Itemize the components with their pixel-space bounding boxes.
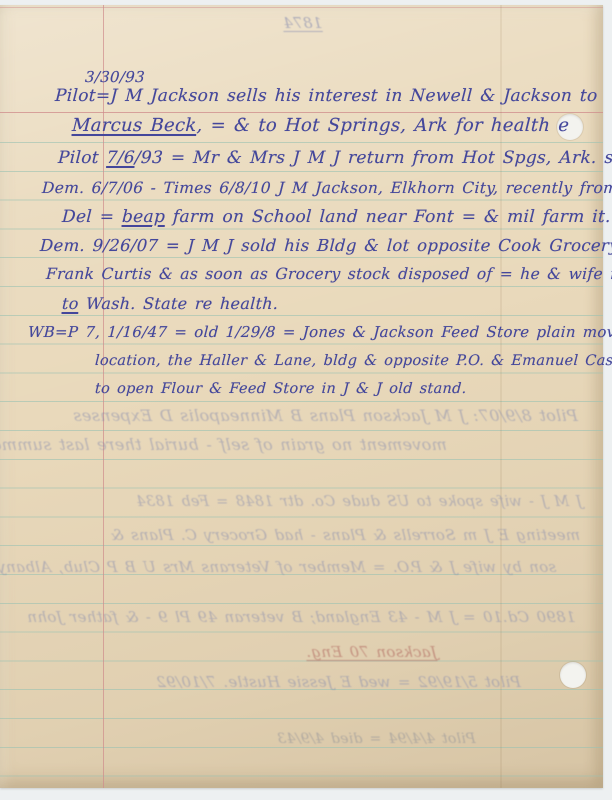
note-line: Dem. 9/26/07 = J M J sold his Bldg & lot… (39, 236, 612, 257)
note-line: to open Flour & Feed Store in J & J old … (95, 380, 468, 398)
bleedthrough-line-pencil: Pilot 4/4/94 = died 4/9/43 (277, 731, 476, 748)
underlined-name: Marcus Beck (71, 115, 197, 136)
bleedthrough-line: son by wife J & P.O. = Member of Veteran… (0, 558, 556, 576)
document-scan: 1874 3/30/93 Pilot=J M Jackson sells his… (0, 0, 612, 800)
date-annotation: 3/30/93 (85, 68, 146, 87)
bleedthrough-line: Pilot 8/9/07: J M Jackson Plans B Minnea… (73, 406, 579, 425)
note-line: Dem. 6/7/06 - Times 6/8/10 J M Jackson, … (41, 179, 612, 198)
paper: 1874 3/30/93 Pilot=J M Jackson sells his… (0, 5, 603, 788)
hole-punch-bottom (560, 662, 586, 688)
bleedthrough-line: meeting E J m Sorrells & Plans - had Gro… (110, 526, 581, 544)
bleedthrough-line-red: Jackson 70 Eng. (306, 643, 438, 661)
note-text: Pilot (58, 148, 108, 168)
note-line: WB=P 7, 1/16/47 = old 1/29/8 = Jones & J… (28, 323, 612, 342)
header-red-line (0, 112, 603, 113)
bleedthrough-line: 1890 Cd.10 = J M - 43 England; B veteran… (27, 608, 577, 626)
note-text: , = & to Hot Springs, Ark for health e (196, 115, 570, 136)
note-text: farm on School land near Font = & mil fa… (165, 207, 612, 227)
note-line: Marcus Beck, = & to Hot Springs, Ark for… (71, 115, 569, 138)
bleedthrough-page-year: 1874 (282, 14, 322, 32)
underlined-date: 7/6 (106, 148, 135, 168)
note-line: Pilot=J M Jackson sells his interest in … (54, 86, 598, 107)
underlined-word: to (62, 294, 80, 313)
top-edge-red-line (0, 7, 603, 8)
underlined-word: beap (121, 207, 165, 227)
bleedthrough-line: J M J - wife spoke to US dude Co. dtr 18… (135, 494, 582, 511)
bleedthrough-line: Pilot 5/19/92 = wed E Jessie Hustle. 7/1… (156, 673, 522, 691)
note-line: location, the Haller & Lane, bldg & oppo… (95, 352, 612, 370)
note-line: Del = beap farm on School land near Font… (61, 207, 611, 228)
note-line: Pilot 7/6/93 = Mr & Mrs J M J return fro… (57, 148, 612, 169)
note-text: Del = (62, 207, 123, 227)
note-line: Frank Curtis & as soon as Grocery stock … (45, 265, 612, 284)
note-text: Wash. State re health. (78, 294, 279, 313)
note-text: /93 = Mr & Mrs J M J return from Hot Spg… (134, 148, 612, 168)
bleedthrough-line: movement no grain of self - burial there… (0, 435, 448, 454)
note-line: to Wash. State re health. (61, 294, 278, 314)
